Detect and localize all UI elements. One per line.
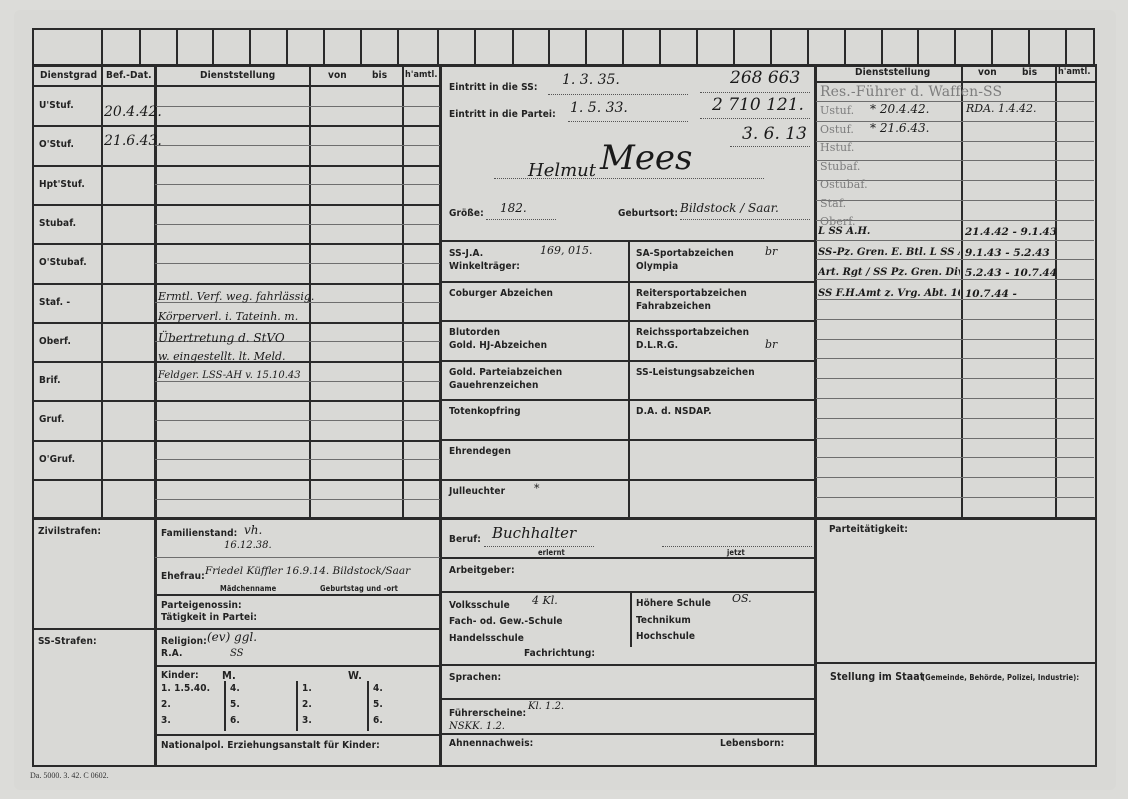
right-row-rule (816, 319, 1094, 320)
child-female-slot: 4. (373, 683, 383, 694)
profession-rule (440, 557, 815, 559)
badge-left-value: * (534, 482, 540, 495)
position-note-4: w. eingestellt. lt. Meld. (158, 350, 286, 363)
profession-learned: erlernt (538, 548, 565, 557)
header-fulltime: h'amtl. (405, 70, 438, 80)
dotted-line (548, 94, 688, 95)
rank-date: 21.6.43. (104, 133, 162, 149)
right-rank-label: Ostubaf. (820, 178, 868, 191)
badge-right-label: SA-Sportabzeichen Olympia (636, 247, 734, 273)
dotted-line (494, 178, 764, 179)
badge-row-rule (440, 439, 815, 441)
strip-cell-divider (844, 28, 846, 65)
rank-row-rule (32, 283, 440, 285)
birthplace-label: Geburtsort: (618, 208, 678, 219)
dotted-line (700, 118, 810, 119)
right-row-rule (816, 279, 1094, 280)
dotted-line (484, 546, 594, 547)
school-primary-value: 4 Kl. (532, 594, 558, 607)
school-tech: Technikum (636, 615, 691, 626)
badge-left-label: Blutorden Gold. HJ-Abzeichen (449, 326, 547, 352)
children-label: Kinder: (161, 670, 199, 681)
scanned-card: Dienstgrad Bef.-Dat. Dienststellung von … (0, 0, 1128, 799)
rank-row-subrule (155, 459, 440, 460)
wife-rule (155, 594, 440, 596)
ancestry-label: Ahnennachweis: (449, 738, 533, 749)
ss-entry-date: 1. 3. 35. (562, 72, 620, 88)
marital-value: vh. (244, 523, 262, 537)
rank-label: Hpt'Stuf. (39, 179, 85, 190)
right-header-rule (815, 81, 1096, 83)
badge-row-rule (440, 281, 815, 283)
position-note-3: Übertretung d. StVO (158, 331, 285, 345)
rank-label: Oberf. (39, 336, 71, 347)
badge-left-label: Totenkopfring (449, 405, 521, 418)
napola-label: Nationalpol. Erziehungsanstalt für Kinde… (161, 740, 380, 751)
right-row-rule (816, 220, 1094, 221)
right-header-position: Dienststellung (855, 67, 930, 78)
rank-row-rule (32, 125, 440, 127)
right-row-rule (816, 200, 1094, 201)
strip-cell-divider (249, 28, 251, 65)
position-note-1: Ermtl. Verf. weg. fahrlässig. (158, 290, 314, 303)
strip-cell-divider (881, 28, 883, 65)
right-table-title: Res.-Führer d. Waffen-SS (820, 84, 1002, 100)
marital-label: Familienstand: (161, 528, 237, 539)
dotted-line (568, 121, 688, 122)
school-field: Fachrichtung: (524, 648, 595, 659)
school-uni: Hochschule (636, 631, 695, 642)
right-row-rule (816, 398, 1094, 399)
right-rank-label: Ostuf. (820, 123, 854, 136)
licenses-label: Führerscheine: (449, 708, 526, 719)
assignment-position: SS-Pz. Gren. E. Btl. L SS AH (818, 247, 960, 258)
rank-row-rule (32, 440, 440, 442)
school-primary: Volksschule (449, 600, 510, 611)
dotted-line (662, 546, 812, 547)
children-divider-3 (367, 681, 369, 731)
child-male-slot: 3. (161, 715, 171, 726)
right-header-from: von (978, 67, 997, 78)
rank-label: Stubaf. (39, 218, 76, 229)
party-activity-label: Tätigkeit in Partei: (161, 612, 257, 623)
right-row-rule (816, 358, 1094, 359)
right-row-rule (816, 378, 1094, 379)
child-male-slot: 2. (161, 699, 171, 710)
strip-cell-divider (1028, 28, 1030, 65)
party-number: 2 710 121. (712, 95, 804, 115)
assignment-dates: 10.7.44 - (965, 288, 1017, 300)
civil-penalties-label: Zivilstrafen: (38, 526, 101, 537)
badge-left-label: SS-J.A. Winkelträger: (449, 247, 520, 273)
strip-cell-divider (659, 28, 661, 65)
header-to: bis (372, 70, 387, 81)
party-activity-rule (815, 662, 1096, 664)
school-higher: Höhere Schule (636, 598, 711, 609)
religion-rule (155, 665, 440, 667)
religion-label: Religion: (161, 636, 207, 647)
employer-rule (440, 591, 815, 593)
child-male-slot: 5. (230, 699, 240, 710)
rank-row-rule (32, 400, 440, 402)
height-label: Größe: (449, 208, 484, 219)
right-row-rule (816, 438, 1094, 439)
dotted-line (680, 219, 810, 220)
languages-rule (440, 698, 815, 700)
right-row-rule (816, 339, 1094, 340)
rank-label: O'Stubaf. (39, 257, 87, 268)
badge-right-label: Reitersportabzeichen Fahrabzeichen (636, 287, 747, 313)
state-position-label: Stellung im Staat (830, 671, 924, 683)
strip-cell-divider (176, 28, 178, 65)
assignment-position: Art. Rgt / SS Pz. Gren. Div. L SS AH (818, 267, 960, 278)
strip-cell-divider (397, 28, 399, 65)
languages-label: Sprachen: (449, 672, 501, 683)
col-divider-dates (402, 64, 404, 518)
strip-cell-divider (585, 28, 587, 65)
right-row-rule (816, 121, 1094, 122)
divider-left-center (439, 64, 442, 766)
licenses-value: Kl. 1.2. (528, 701, 564, 712)
school-commerce: Handelsschule (449, 633, 524, 644)
position-note-2: Körperverl. i. Tateinh. m. (158, 310, 298, 323)
top-strip (32, 28, 1095, 65)
assignment-dates: 21.4.42 - 9.1.43 (965, 226, 1057, 238)
rank-row-subrule (155, 184, 440, 185)
dotted-line (486, 219, 556, 220)
strip-cell-divider (323, 28, 325, 65)
party-member-label: Parteigenossin: (161, 600, 242, 611)
employer-label: Arbeitgeber: (449, 565, 515, 576)
rank-row-subrule (155, 499, 440, 500)
right-row-rule (816, 418, 1094, 419)
header-position: Dienststellung (200, 70, 275, 81)
right-rank-label: Staf. (820, 197, 846, 210)
party-activity-right-label: Parteitätigkeit: (829, 524, 908, 535)
badge-right-label: SS-Leistungsabzeichen (636, 366, 755, 379)
licenses-value-2: NSKK. 1.2. (449, 721, 505, 732)
rank-row-subrule (155, 381, 440, 382)
right-row-rule (816, 497, 1094, 498)
left-header-rule (32, 85, 440, 87)
right-header-to: bis (1022, 67, 1037, 78)
children-divider-1 (224, 681, 226, 731)
right-row-rule (816, 240, 1094, 241)
children-rule (155, 734, 440, 736)
strip-cell-divider (696, 28, 698, 65)
child-female-slot: 2. (302, 699, 312, 710)
right-rank-label: Stubaf. (820, 160, 861, 173)
rank-row-rule (32, 165, 440, 167)
strip-cell-divider (954, 28, 956, 65)
assignment-dates: 9.1.43 - 5.2.43 (965, 247, 1050, 259)
right-rank-label: Ustuf. (820, 104, 854, 117)
strip-cell-divider (286, 28, 288, 65)
rank-row-rule (32, 204, 440, 206)
strip-cell-divider (212, 28, 214, 65)
rank-label: Brif. (39, 375, 61, 386)
children-divider-2 (296, 681, 298, 731)
header-date: Bef.-Dat. (106, 70, 152, 81)
strip-cell-divider (139, 28, 141, 65)
rank-row-rule (32, 243, 440, 245)
wife-value: Friedel Küffler 16.9.14. Bildstock/Saar (205, 565, 410, 577)
marital-rule (155, 557, 440, 558)
religion-value: (ev) ggl. (207, 630, 257, 644)
badge-row-rule (440, 399, 815, 401)
ss-entry-label: Eintritt in die SS: (449, 82, 538, 93)
right-row-rule (816, 259, 1094, 260)
badge-row-rule (440, 320, 815, 322)
child-male-slot: 6. (230, 715, 240, 726)
dotted-line (700, 92, 810, 93)
assignment-position: SS F.H.Amt z. Vrg. Abt. 10/14 (818, 288, 960, 299)
school-divider (630, 592, 632, 647)
badge-left-label: Gold. Parteiabzeichen Gauehrenzeichen (449, 366, 562, 392)
strip-cell-divider (474, 28, 476, 65)
child-male-slot: 4. (230, 683, 240, 694)
child-female-slot: 3. (302, 715, 312, 726)
right-row-rule (816, 101, 1094, 102)
right-rank-rda: RDA. 1.4.42. (966, 102, 1037, 115)
birthplace-value: Bildstock / Saar. (680, 201, 779, 215)
right-row-rule (816, 457, 1094, 458)
strip-cell-divider (101, 28, 103, 65)
right-row-rule (816, 141, 1094, 142)
lebensborn-label: Lebensborn: (720, 738, 784, 749)
rank-row-subrule (155, 106, 440, 107)
party-entry-date: 1. 5. 33. (570, 100, 628, 116)
divider-center-right (814, 64, 817, 766)
child-female-slot: 1. (302, 683, 312, 694)
strip-cell-divider (548, 28, 550, 65)
marital-date: 16.12.38. (224, 540, 272, 551)
badge-right-value: br (765, 245, 777, 258)
strip-cell-divider (807, 28, 809, 65)
right-rank-date: * 21.6.43. (870, 121, 929, 135)
right-col-divider-fulltime (1055, 64, 1057, 518)
dotted-line (730, 146, 810, 147)
right-rank-label: Hstuf. (820, 141, 855, 154)
right-col-divider-dates (961, 64, 963, 518)
badge-row-rule (440, 479, 815, 481)
strip-cell-divider (622, 28, 624, 65)
profession-current: jetzt (727, 548, 745, 557)
school-higher-value: OS. (732, 592, 752, 605)
header-from: von (328, 70, 347, 81)
school-rule (440, 664, 815, 666)
badge-left-label: Coburger Abzeichen (449, 287, 553, 300)
rank-label: Gruf. (39, 414, 65, 425)
badge-right-label: D.A. d. NSDAP. (636, 405, 712, 418)
ss-number: 268 663 (730, 68, 800, 88)
child-female-slot: 5. (373, 699, 383, 710)
rank-row-subrule (155, 420, 440, 421)
strip-cell-divider (917, 28, 919, 65)
rank-row-subrule (155, 263, 440, 264)
profession-value: Buchhalter (492, 524, 576, 542)
strip-cell-divider (770, 28, 772, 65)
birth-date: 3. 6. 13 (742, 124, 807, 144)
rank-label: U'Stuf. (39, 100, 74, 111)
assignment-position: L SS A.H. (818, 226, 870, 237)
rank-row-subrule (155, 145, 440, 146)
strip-cell-divider (1065, 28, 1067, 65)
wife-label: Ehefrau: (161, 571, 205, 582)
profession-label: Beruf: (449, 534, 481, 545)
badge-left-label: Julleuchter (449, 485, 505, 498)
children-female-label: W. (348, 669, 362, 682)
right-rank-date: * 20.4.42. (870, 102, 929, 116)
rank-label: Staf. - (39, 297, 70, 308)
rank-date: 20.4.42. (104, 104, 162, 120)
strip-cell-divider (733, 28, 735, 65)
right-header-fulltime: h'amtl. (1058, 67, 1091, 77)
rank-row-subrule (155, 224, 440, 225)
badge-right-label: Reichssportabzeichen D.L.R.G. (636, 326, 749, 352)
child-female-slot: 6. (373, 715, 383, 726)
position-note-5: Feldger. LSS-AH v. 15.10.43 (158, 370, 301, 381)
bottom-left-divider (154, 518, 157, 766)
wife-sub-birth: Geburtstag und -ort (320, 584, 398, 593)
state-position-sub: (Gemeinde, Behörde, Polizei, Industrie): (922, 673, 1079, 682)
rank-row-rule (32, 479, 440, 481)
height-value: 182. (500, 201, 527, 215)
right-row-rule (816, 477, 1094, 478)
divider-upper-lower (32, 517, 1097, 520)
badge-row-rule (440, 360, 815, 362)
party-entry-label: Eintritt in die Partei: (449, 109, 556, 120)
assignment-dates: 5.2.43 - 10.7.44 (965, 267, 1057, 279)
badge-left-value: 169, 015. (540, 244, 592, 257)
rank-label: O'Gruf. (39, 454, 75, 465)
strip-cell-divider (512, 28, 514, 65)
strip-cell-divider (360, 28, 362, 65)
badge-left-label: Ehrendegen (449, 445, 511, 458)
child-male-slot: 1. 1.5.40. (161, 683, 210, 694)
ra-value: SS (230, 648, 244, 659)
last-name: Mees (600, 138, 693, 178)
header-rank: Dienstgrad (40, 70, 97, 81)
form-number: Da. 5000. 3. 42. C 0602. (30, 771, 109, 780)
strip-cell-divider (437, 28, 439, 65)
badge-right-value: br (765, 338, 777, 351)
ra-label: R.A. (161, 648, 183, 659)
wife-sub-maiden: Mädchenname (220, 584, 276, 593)
school-trade: Fach- od. Gew.-Schule (449, 616, 563, 627)
col-divider-rank (101, 64, 103, 518)
ss-penalties-label: SS-Strafen: (38, 636, 97, 647)
rank-label: O'Stuf. (39, 139, 74, 150)
right-row-rule (816, 299, 1094, 300)
strip-cell-divider (991, 28, 993, 65)
licenses-rule (440, 733, 815, 735)
